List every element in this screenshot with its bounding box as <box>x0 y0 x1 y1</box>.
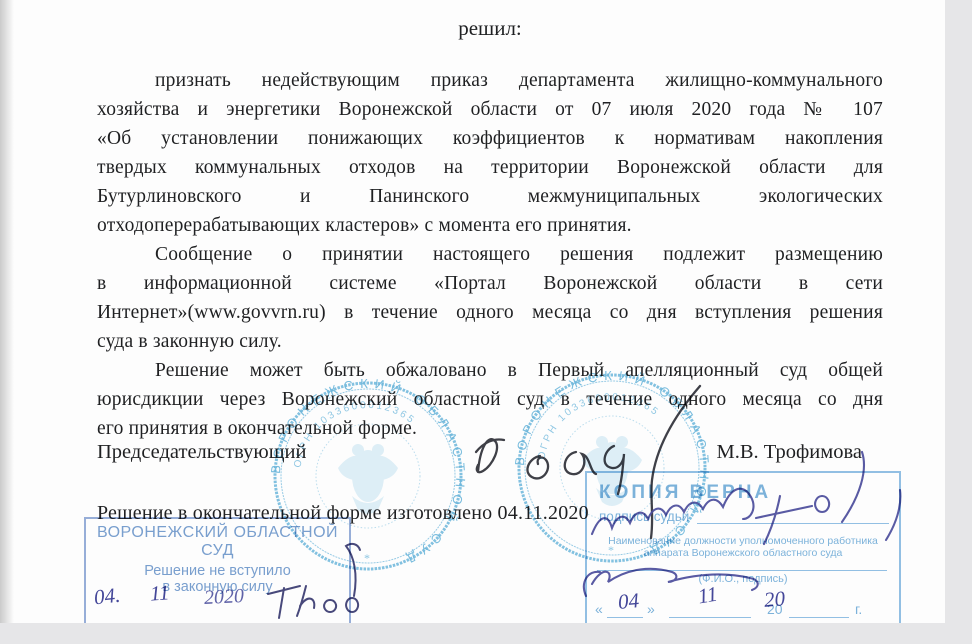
scan-page: решил: признать недействующим приказ деп… <box>0 0 945 623</box>
doc-line: суда в законную силу. <box>97 327 883 356</box>
stamp-line1: Решение не вступило <box>86 563 349 579</box>
copy-handwritten-month: 11 <box>696 582 719 610</box>
paragraph-order: признать недействующим приказ департамен… <box>97 66 883 240</box>
judge-name: М.В. Трофимова <box>716 441 862 464</box>
role-line1: Наименование должности уполномоченного р… <box>587 535 899 547</box>
fio-label: (Ф.И.О., подпись) <box>587 573 899 585</box>
doc-line: признать недействующим приказ департамен… <box>97 66 883 95</box>
copy-handwritten-year: 20 <box>763 586 786 613</box>
copy-handwritten-day: 04 <box>617 588 640 615</box>
doc-line: Бутурлиновского и Панинского межмуниципа… <box>97 182 883 211</box>
handwritten-month: 11 <box>149 580 170 606</box>
role-line2: аппарата Воронежского областного суда <box>587 547 899 559</box>
doc-line: твердых коммунальных отходов на территор… <box>97 153 883 182</box>
signature-label: подпись судьи <box>599 509 689 524</box>
doc-line: Интернет»(www.govvrn.ru) в течение одног… <box>97 298 883 327</box>
day-underline <box>607 617 643 618</box>
open-quote: « <box>595 601 603 617</box>
stamp-court-name: ВОРОНЕЖСКИЙ ОБЛАСТНОЙ СУД <box>86 524 349 560</box>
judge-signature-row: подпись судьи <box>599 509 889 524</box>
doc-line: его принятия в окончательной форме. <box>97 414 883 443</box>
doc-line: Сообщение о принятии настоящего решения … <box>97 240 883 269</box>
year-suffix: г. <box>855 601 862 617</box>
stamp-star: * <box>364 551 370 565</box>
stamp-emblem <box>338 444 398 514</box>
doc-line: в информационной системе «Портал Воронеж… <box>97 269 883 298</box>
paragraph-publication: Сообщение о принятии настоящего решения … <box>97 240 883 356</box>
month-underline <box>669 617 751 618</box>
signature-row: Председательствующий М.В. Трофимова <box>97 441 862 464</box>
fio-underline <box>597 570 887 571</box>
scanned-document-view: решил: признать недействующим приказ деп… <box>0 0 972 644</box>
signature-underline <box>697 509 889 524</box>
handwritten-year: 2020 <box>203 585 244 610</box>
doc-line: хозяйства и энергетики Воронежской облас… <box>97 95 883 124</box>
scan-margin-bottom <box>0 623 972 644</box>
decision-body: признать недействующим приказ департамен… <box>97 66 883 443</box>
doc-line: «Об установлении понижающих коэффициенто… <box>97 124 883 153</box>
year-underline <box>789 617 849 618</box>
decision-heading: решил: <box>97 16 883 41</box>
paragraph-appeal: Решение может быть обжаловано в Первый а… <box>97 356 883 443</box>
scan-edge-shadow <box>0 0 14 623</box>
doc-line: Решение может быть обжаловано в Первый а… <box>97 356 883 385</box>
copy-stamp-title: КОПИЯ ВЕРНА <box>599 482 771 504</box>
scan-margin-right <box>945 0 972 644</box>
close-quote: » <box>647 601 655 617</box>
doc-line: отходоперерабатывающих кластеров» с моме… <box>97 211 883 240</box>
handwritten-day: 04. <box>93 583 122 611</box>
doc-line: юрисдикции через Воронежский областной с… <box>97 385 883 414</box>
